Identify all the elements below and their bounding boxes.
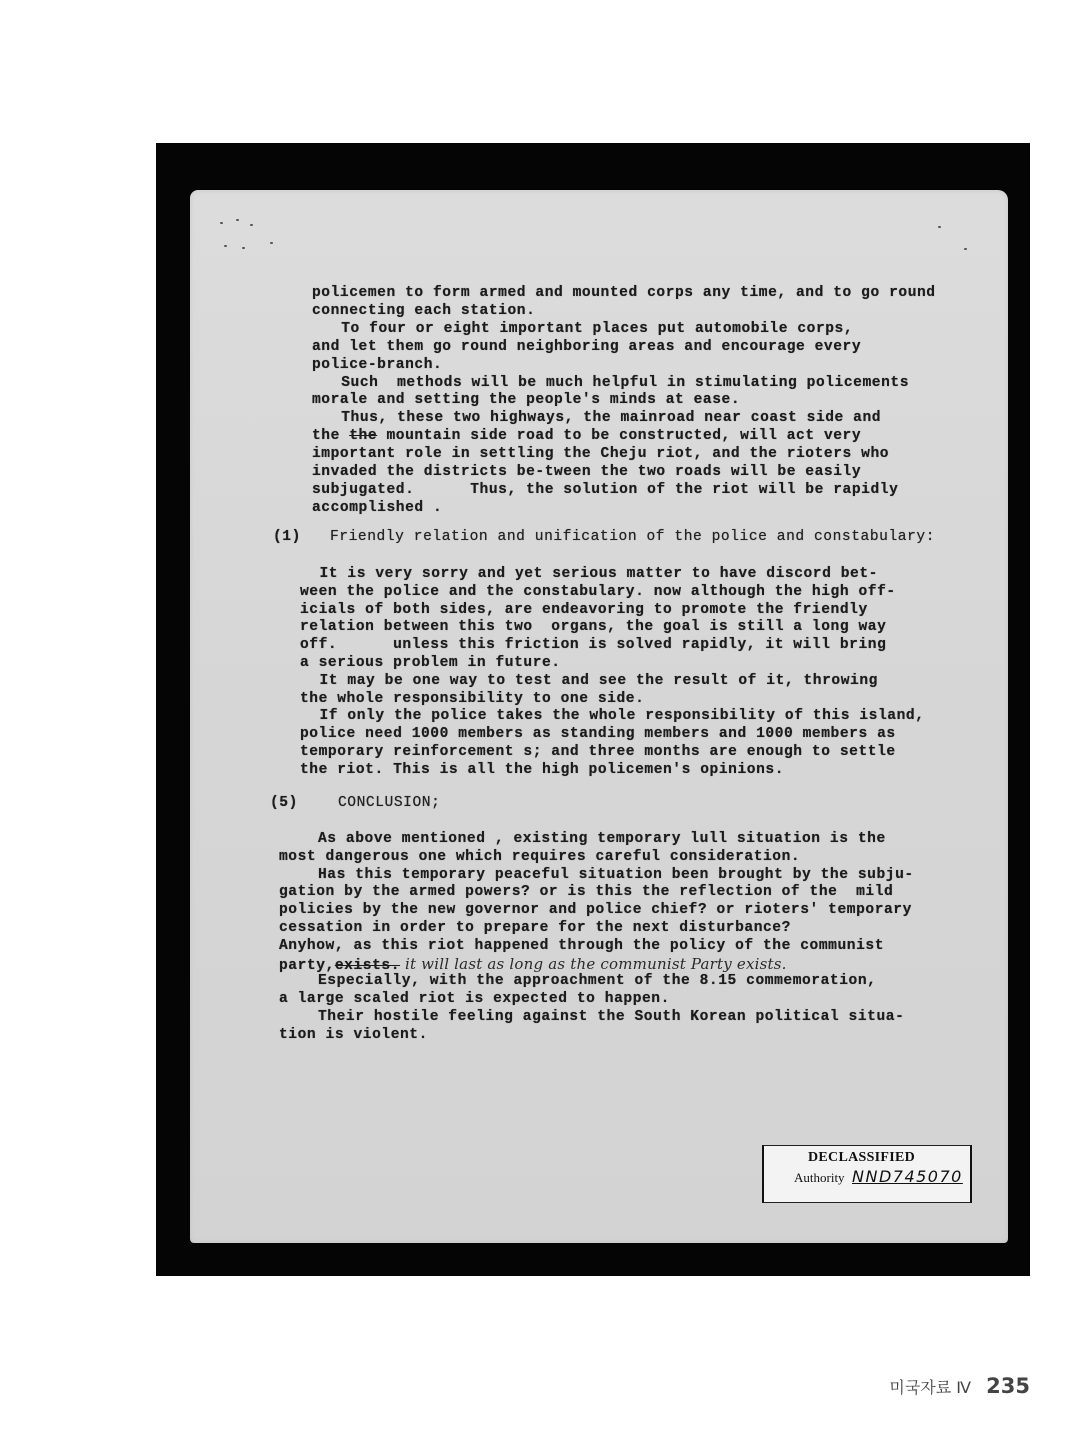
text-line: police-branch. [312, 356, 442, 374]
text-line: It may be one way to test and see the re… [320, 672, 878, 690]
text-line: off. unless this friction is solved rapi… [300, 636, 886, 654]
text-line: the the mountain side road to be constru… [312, 427, 861, 445]
speck [250, 224, 253, 226]
speck [224, 245, 227, 247]
text-line: To four or eight important places put au… [341, 320, 853, 338]
text-line: the riot. This is all the high policemen… [300, 761, 784, 779]
speck [220, 222, 223, 224]
struck-word: the [349, 428, 377, 444]
text-line: As above mentioned , existing temporary … [318, 830, 886, 848]
text-line: a serious problem in future. [300, 654, 561, 672]
text-line: If only the police takes the whole respo… [320, 707, 925, 725]
typed-text: party, [279, 958, 335, 974]
text-line: a large scaled riot is expected to happe… [279, 990, 670, 1008]
page-footer: 미국자료 Ⅳ 235 [889, 1374, 1030, 1398]
section-heading: CONCLUSION; [338, 794, 440, 812]
stamp-authority-value: NND745070 [852, 1167, 963, 1186]
stamp-title: DECLASSIFIED [808, 1150, 915, 1166]
speck [938, 226, 941, 228]
text-line: Thus, these two highways, the mainroad n… [341, 409, 881, 427]
section-number: (5) [270, 794, 298, 812]
text-line: important role in settling the Cheju rio… [312, 445, 889, 463]
text-line: the whole responsibility to one side. [300, 690, 644, 708]
text-line: gation by the armed powers? or is this t… [279, 883, 893, 901]
page-number: 235 [986, 1374, 1030, 1398]
text-line: temporary reinforcement s; and three mon… [300, 743, 896, 761]
section-heading: Friendly relation and unification of the… [330, 528, 935, 546]
handwritten-annotation: it will last as long as the communist Pa… [400, 955, 787, 973]
text-line: cessation in order to prepare for the ne… [279, 919, 791, 937]
text-line: and let them go round neighboring areas … [312, 338, 861, 356]
text-line: police need 1000 members as standing mem… [300, 725, 896, 743]
text-line: subjugated. Thus, the solution of the ri… [312, 481, 898, 499]
text-line: ween the police and the constabulary. no… [300, 583, 896, 601]
stamp-authority-label: Authority [794, 1170, 845, 1186]
text-line: relation between this two organs, the go… [300, 618, 886, 636]
text-line: Especially, with the approachment of the… [318, 972, 876, 990]
speck [964, 248, 967, 250]
text-line: invaded the districts be-tween the two r… [312, 463, 861, 481]
speck [270, 242, 273, 244]
declassified-stamp: DECLASSIFIED Authority NND745070 [762, 1145, 972, 1203]
text-line: connecting each station. [312, 302, 535, 320]
text-line: It is very sorry and yet serious matter … [320, 565, 878, 583]
text-line: morale and setting the people's minds at… [312, 391, 740, 409]
text-line: policies by the new governor and police … [279, 901, 912, 919]
text-line: Such methods will be much helpful in sti… [341, 374, 909, 392]
speck [236, 219, 239, 221]
text-line: Their hostile feeling against the South … [318, 1008, 904, 1026]
text-line: Anyhow, as this riot happened through th… [279, 937, 884, 955]
text-line: policemen to form armed and mounted corp… [312, 284, 936, 302]
text-line: accomplished . [312, 499, 442, 517]
text-line: tion is violent. [279, 1026, 428, 1044]
text-line: icials of both sides, are endeavoring to… [300, 601, 868, 619]
section-number: (1) [273, 528, 301, 546]
book-label: 미국자료 Ⅳ [889, 1378, 971, 1397]
text-line: Has this temporary peaceful situation be… [318, 866, 914, 884]
struck-text: exists. [335, 958, 400, 974]
text-line: most dangerous one which requires carefu… [279, 848, 800, 866]
speck [242, 247, 245, 249]
